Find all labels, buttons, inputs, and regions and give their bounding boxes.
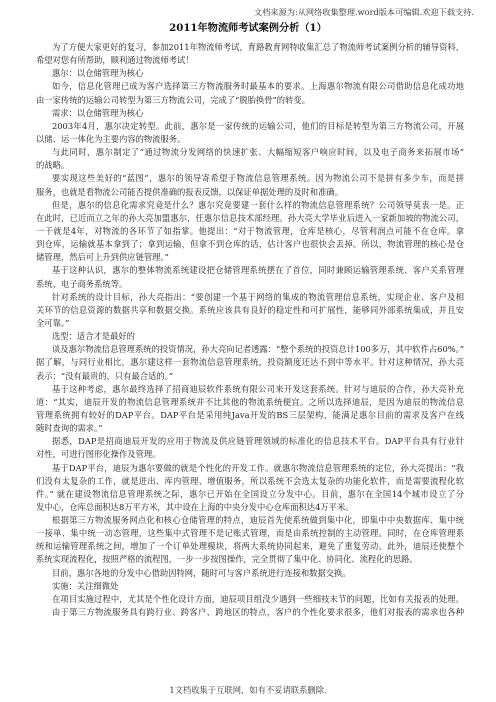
text-line: 实施：关注细微处 (36, 580, 464, 593)
text-line: 惠尔：以仓储管理为核心 (36, 67, 464, 80)
text-line: 管理系统拥有较好的DAP平台。DAP平台是采用纯Java开发的BS三层架构，能满… (36, 409, 464, 422)
text-line: 随时查询的需求。” (36, 422, 464, 435)
text-line: 与此同时，惠尔制定了“通过物流分发网络的快速扩张、大幅缩短客户响应时间，以及电子… (36, 146, 464, 159)
text-line: 在此时，已近而立之年的孙大亮加盟惠尔，任惠尔信息技术部经理。孙大亮大学毕业后进入… (36, 212, 464, 225)
header-note: 文档来源为:从网络收集整理.word版本可编辑.欢迎下载支持. (254, 7, 474, 18)
text-line: 为了方便大家更好的复习，参加2011年物流师考试，育路教育网特收集汇总了物流师考… (36, 41, 464, 54)
text-line: 需求：以仓储管理为核心 (36, 107, 464, 120)
text-line: 针对系统的设计目标，孙大亮指出：“要创建一个基于网络的集成的物流管理信息系统，实… (36, 291, 464, 304)
text-line: 全可靠。” (36, 317, 464, 330)
text-line: 由一家传统的运输公司转型为第三方物流公司，完成了“脱胎换骨”的转变。 (36, 94, 464, 107)
text-line: 一干就是4年，对物流的各环节了如指掌。他提出：“对于物流管理，仓库是核心，尽管利… (36, 225, 464, 238)
text-line: 如今，信息化管理已成为客户选择第三方物流服务时最基本的要求。上海惠尔物流有限公司… (36, 80, 464, 93)
text-line: 但是，惠尔的信息化需求究竟是什么？惠尔究竟要建一套什么样的物流信息管理系统？公司… (36, 199, 464, 212)
text-line: 基于这种认识，惠尔的整体物流系统建设把仓储管理系统摆在了首位，同时兼顾运输管理系… (36, 264, 464, 277)
text-line: 表示：“没有最贵的，只有最合适的。” (36, 370, 464, 383)
text-line: 道：“其实，迪辰开发的物流信息管理系统并不比其他的物流系统便宜。之所以选择迪辰，… (36, 396, 464, 409)
text-line: 据了解，与同行业相比，惠尔建这样一套物流信息管理系统，投资额度还达不到中等水平。… (36, 356, 464, 369)
text-line: 们没有太复杂的工作，就是进出、库内管理、增值服务，所以系统不会选太复杂的功能化软… (36, 475, 464, 488)
text-line: 谈及惠尔物流信息管理系统的投资情况，孙大亮向记者透露：“整个系统的投资总计100… (36, 343, 464, 356)
document-title: 2011年物流师考试案例分析（1） (0, 19, 496, 34)
text-line: 基于这种考虑，惠尔最终选择了招商迪辰软件系统有限公司来开发这套系统。针对与迪辰的… (36, 383, 464, 396)
text-line: 基于DAP平台，迪辰为惠尔要做的就是个性化的开发工作。就惠尔物流信息管理系统的定… (36, 462, 464, 475)
document-page: 文档来源为:从网络收集整理.word版本可编辑.欢迎下载支持. 2011年物流师… (0, 0, 496, 702)
text-line: 系统实现流程化，按照严格的流程图，一步一步按图操作，完全贯彻了集中化、协同化、流… (36, 553, 464, 566)
text-line: 由于第三方物流服务具有跨行业、跨客户、跨地区的特点，客户的个性化要求很多，他们对… (36, 606, 464, 619)
text-line: 以储、运一体化为主要内容的物流服务。 (36, 133, 464, 146)
text-line: 选型：适合才是最好的 (36, 330, 464, 343)
text-line: 目前，惠尔各地的分发中心借助因特网，随时可与客户系统进行连接和数据交换。 (36, 567, 464, 580)
text-line: 据悉，DAP是招商迪辰开发的应用于物流及供应链管理领域的标准化的信息技术平台。D… (36, 435, 464, 448)
text-line: 系统、电子商务系统等。 (36, 278, 464, 291)
text-line: 2003年4月，惠尔决定转型。此前，惠尔是一家传统的运输公司，他们的目标是转型为… (36, 120, 464, 133)
document-body: 为了方便大家更好的复习，参加2011年物流师考试，育路教育网特收集汇总了物流师考… (36, 41, 464, 619)
text-line: 到仓库，运输就基本拿到了；拿到运输，但拿不到仓库的话，估计客户也很快会丢掉。所以… (36, 238, 464, 251)
text-line: 在项目实施过程中，尤其是个性化设计方面，迪辰项目组没少遇到一些细枝末节的问题，比… (36, 593, 464, 606)
text-line: 一接单、集中统一动态管理，这些集中式管理不是记账式管理，而是由系统控制的主动管理… (36, 527, 464, 540)
text-line: 希望对您有所帮助，顺利通过物流师考试！ (36, 54, 464, 67)
text-line: 发中心，仓库总面积达8万平方米，其中设在上海的中央分发中心仓库面积达4万平米。 (36, 501, 464, 514)
text-line: 的战略。 (36, 159, 464, 172)
text-line: 储管理，然后可上升到供应链管理。” (36, 251, 464, 264)
text-line: 统和运输管理系统之间，增加了一个订单处理模块，将两大系统协同起来，避免了重复劳动… (36, 540, 464, 553)
text-line: 服务，也就是看物流公司能否提供准确的报表反馈，以保证单据处理的及时和准确。 (36, 186, 464, 199)
text-line: 件。” 就在建设物流信息管理系统之际，惠尔已开始在全国设立分发中心。目前，惠尔在… (36, 488, 464, 501)
text-line: 对性，可进行图形化操作及管理。 (36, 448, 464, 461)
text-line: 要实现这些美好的“蓝图”，惠尔的领导寄希望于物流信息管理系统。因为物流公司不是拼… (36, 172, 464, 185)
text-line: 关环节的信息资源的数据共享和数据交换。系统应该具有良好的稳定性和可扩展性，能够同… (36, 304, 464, 317)
page-footer: 1文档收集于互联网，如有不妥请联系删除. (0, 684, 496, 696)
text-line: 根据第三方物流服务网点化和核心仓储管理的特点，迪辰首先使系统做到集中化，即集中中… (36, 514, 464, 527)
